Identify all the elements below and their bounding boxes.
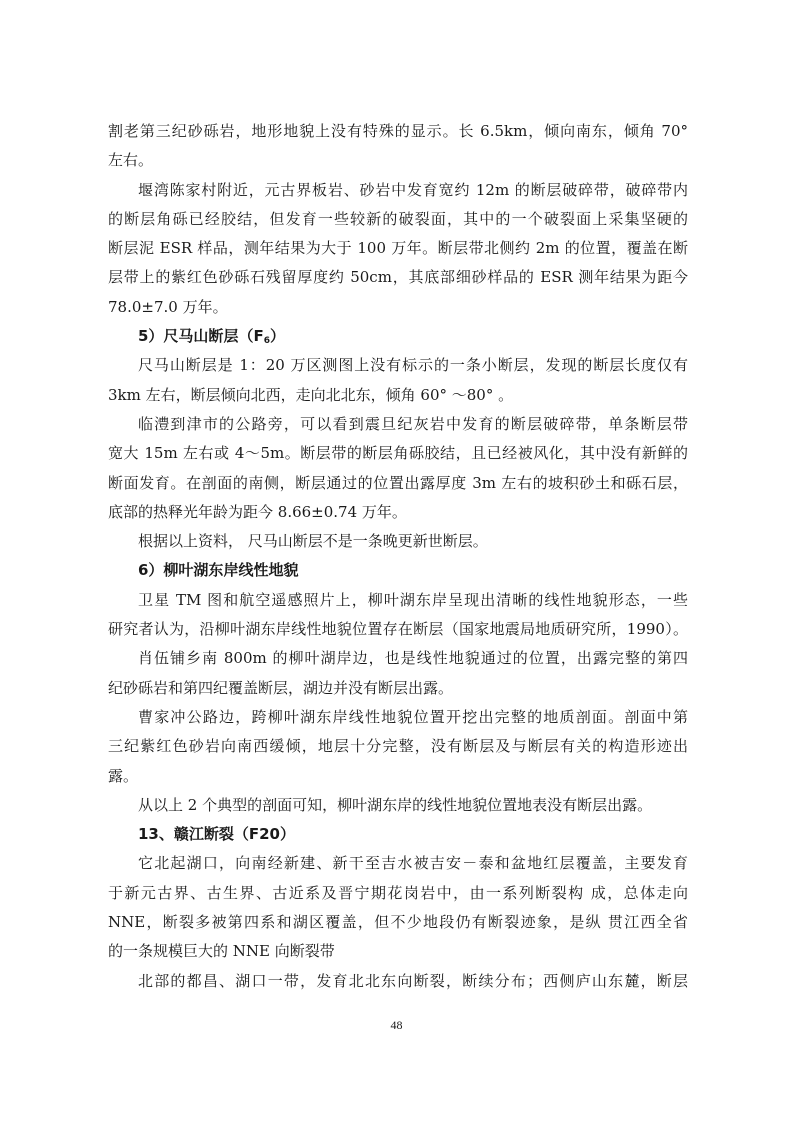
paragraph-line: 堰湾陈家村附近，元古界板岩、砂岩中发育宽约 12m 的断层破碎带，破碎带内 bbox=[108, 176, 688, 205]
heading-text: 5）尺马山断层（F bbox=[138, 327, 264, 345]
paragraph-line: 于新元古界、古生界、古近系及晋宁期花岗岩中，由一系列断裂构 成，总体走向 bbox=[108, 879, 688, 908]
paragraph-line: 它北起湖口，向南经新建、新干至吉水被吉安－泰和盆地红层覆盖，主要发育 bbox=[108, 849, 688, 878]
paragraph-line: 三纪紫红色砂岩向南西缓倾，地层十分完整，没有断层及与断层有关的构造形迹出 bbox=[108, 732, 688, 761]
document-page: 割老第三纪砂砾岩，地形地貌上没有特殊的显示。长 6.5km，倾向南东，倾角 70… bbox=[108, 117, 688, 996]
paragraph-line: 露。 bbox=[108, 762, 688, 791]
paragraph-line: 从以上 2 个典型的剖面可知，柳叶湖东岸的线性地貌位置地表没有断层出露。 bbox=[108, 791, 688, 820]
paragraph-line: 卫星 TM 图和航空遥感照片上，柳叶湖东岸呈现出清晰的线性地貌形态，一些 bbox=[108, 586, 688, 615]
paragraph-line: 曹家冲公路边，跨柳叶湖东岸线性地貌位置开挖出完整的地质剖面。剖面中第 bbox=[108, 703, 688, 732]
paragraph-line: 肖伍铺乡南 800m 的柳叶湖岸边，也是线性地貌通过的位置，出露完整的第四 bbox=[108, 644, 688, 673]
paragraph-line: 的一条规模巨大的 NNE 向断裂带 bbox=[108, 937, 688, 966]
paragraph-line: 左右。 bbox=[108, 146, 688, 175]
paragraph-line: NNE，断裂多被第四系和湖区覆盖，但不少地段仍有断裂迹象，是纵 贯江西全省 bbox=[108, 908, 688, 937]
paragraph-line: 根据以上资料， 尺马山断层不是一条晚更新世断层。 bbox=[108, 527, 688, 556]
paragraph-line: 断面发育。在剖面的南侧，断层通过的位置出露厚度 3m 左右的坡积砂土和砾石层， bbox=[108, 469, 688, 498]
page-number: 48 bbox=[0, 1018, 793, 1033]
paragraph-line: 临澧到津市的公路旁，可以看到震旦纪灰岩中发育的断层破碎带，单条断层带 bbox=[108, 410, 688, 439]
paragraph-line: 断层泥 ESR 样品，测年结果为大于 100 万年。断层带北侧约 2m 的位置，… bbox=[108, 234, 688, 263]
paragraph-line: 北部的都昌、湖口一带，发育北北东向断裂，断续分布；西侧庐山东麓，断层 bbox=[108, 967, 688, 996]
paragraph-line: 层带上的紫红色砂砾石残留厚度约 50cm，其底部细砂样品的 ESR 测年结果为距… bbox=[108, 263, 688, 292]
section-heading-f6: 5）尺马山断层（F6） bbox=[108, 322, 688, 351]
section-heading-liuyehu: 6）柳叶湖东岸线性地貌 bbox=[108, 556, 688, 585]
paragraph-line: 研究者认为，沿柳叶湖东岸线性地貌位置存在断层（国家地震局地质研究所，1990）。 bbox=[108, 615, 688, 644]
paragraph-line: 纪砂砾岩和第四纪覆盖断层，湖边并没有断层出露。 bbox=[108, 674, 688, 703]
paragraph-line: 78.0±7.0 万年。 bbox=[108, 293, 688, 322]
paragraph-line: 底部的热释光年龄为距今 8.66±0.74 万年。 bbox=[108, 498, 688, 527]
paragraph-line: 尺马山断层是 1：20 万区测图上没有标示的一条小断层，发现的断层长度仅有 bbox=[108, 351, 688, 380]
paragraph-line: 宽大 15m 左右或 4～5m。断层带的断层角砾胶结，且已经被风化，其中没有新鲜… bbox=[108, 439, 688, 468]
paragraph-line: 3km 左右，断层倾向北西，走向北北东，倾角 60° ～80° 。 bbox=[108, 381, 688, 410]
paragraph-line: 的断层角砾已经胶结，但发育一些较新的破裂面，其中的一个破裂面上采集坚硬的 bbox=[108, 205, 688, 234]
heading-close: ） bbox=[270, 327, 285, 345]
paragraph-line: 割老第三纪砂砾岩，地形地貌上没有特殊的显示。长 6.5km，倾向南东，倾角 70… bbox=[108, 117, 688, 146]
section-heading-ganjiang: 13、赣江断裂（F20） bbox=[108, 820, 688, 849]
